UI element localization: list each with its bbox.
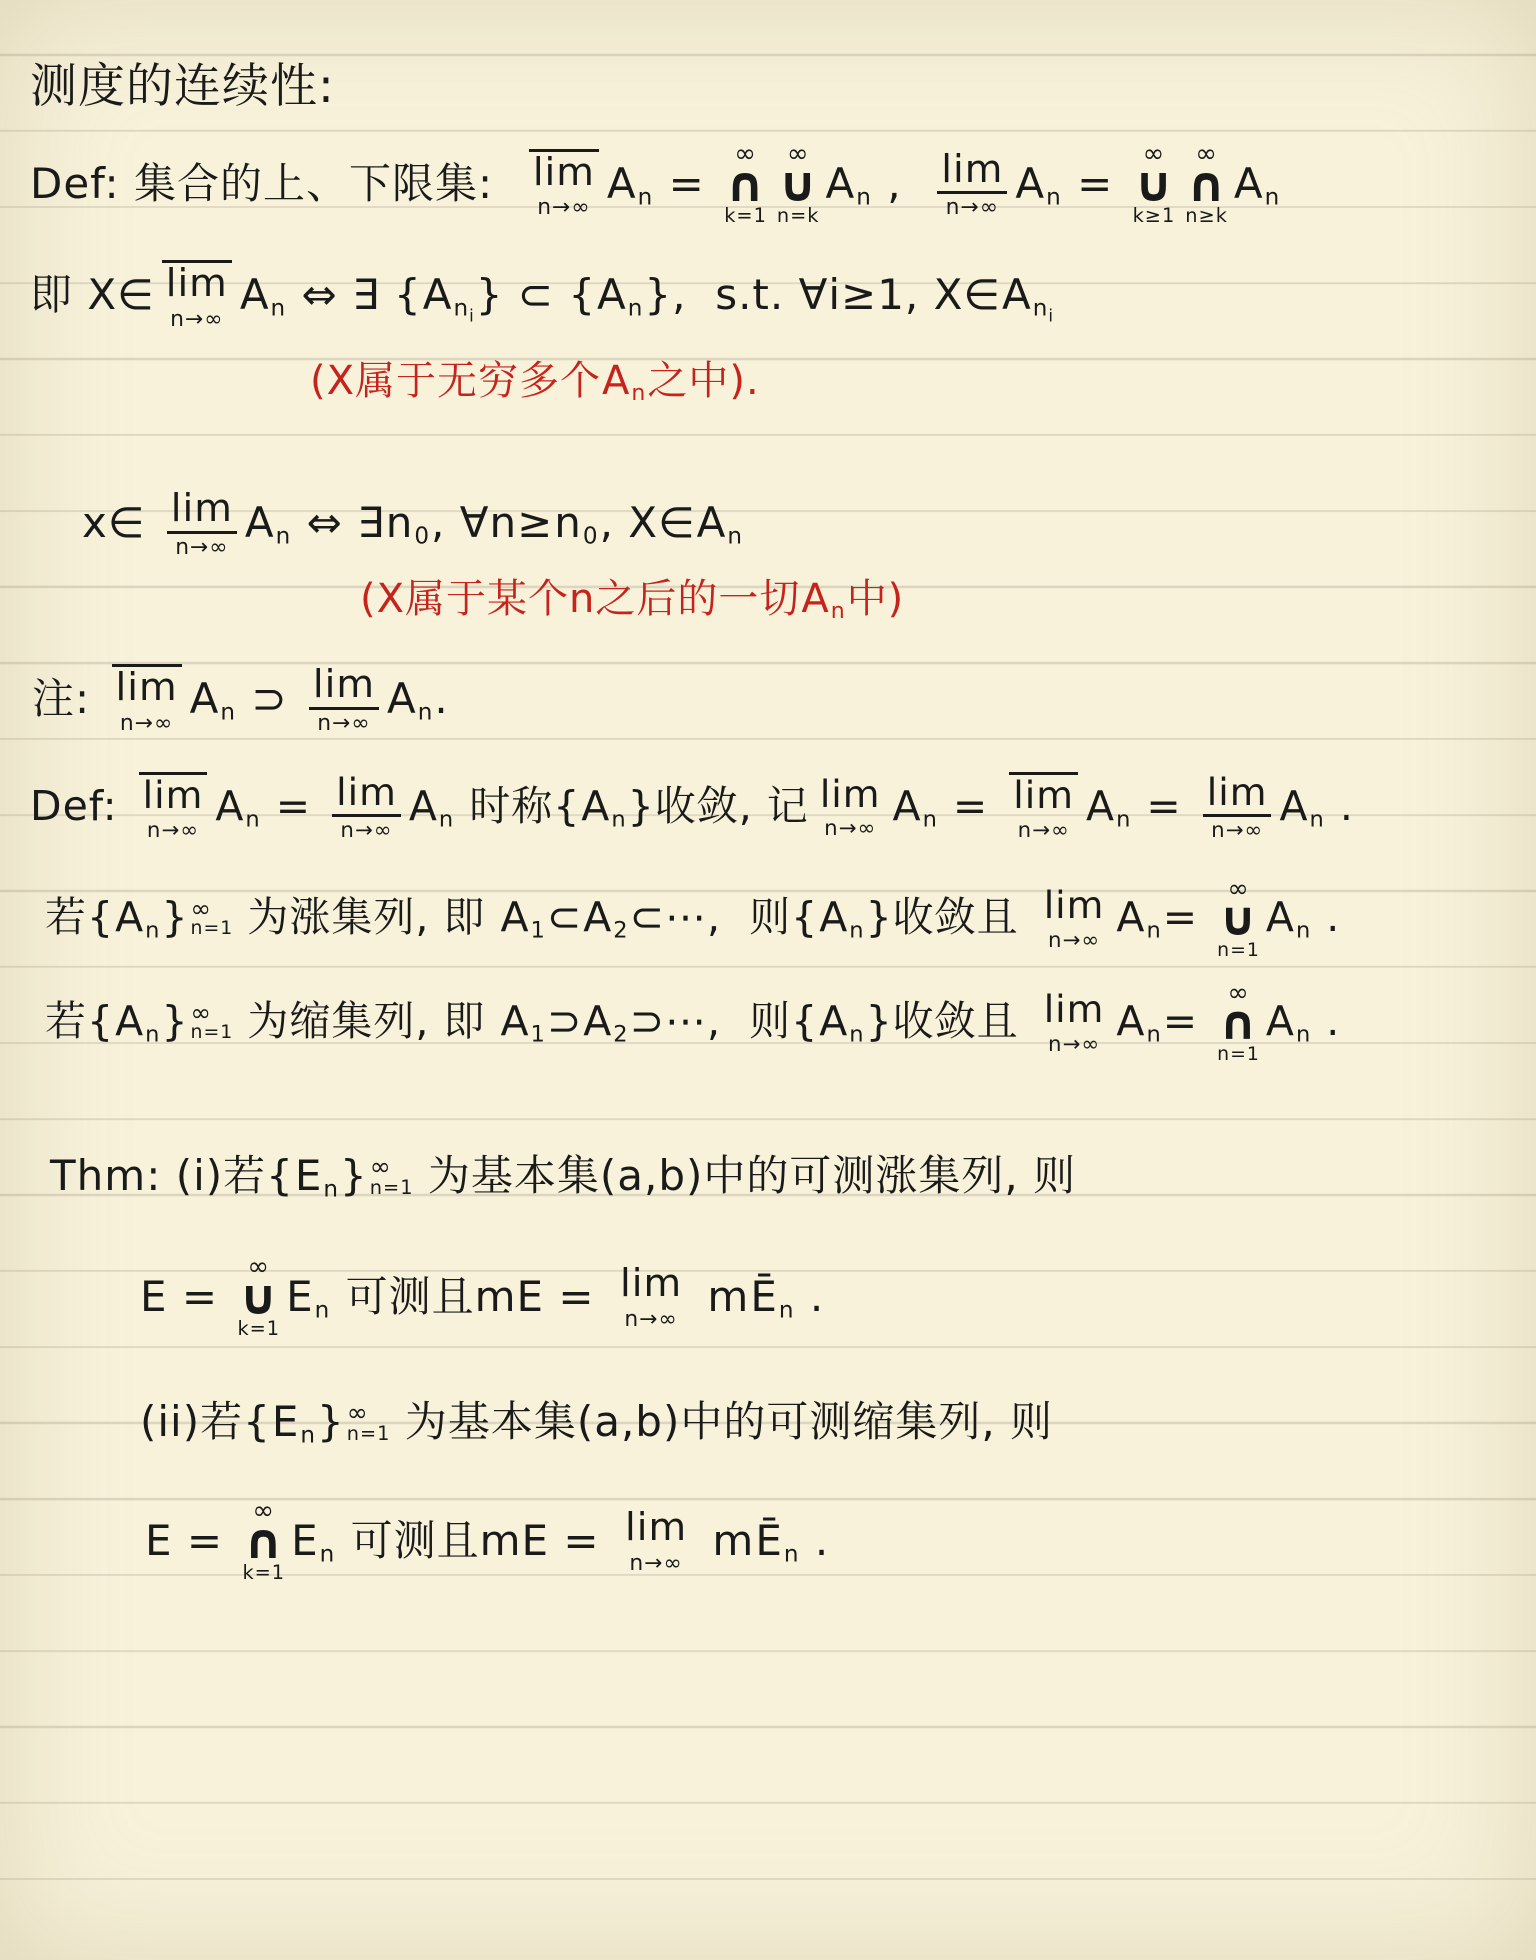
- text-run: (X属于无穷多个: [310, 356, 601, 406]
- symbol-subscript: n: [1116, 805, 1131, 833]
- symbol-with-subscript: An: [819, 892, 864, 943]
- sequence-lower-index: n=1: [347, 1425, 391, 1442]
- liminf-operator: limn→∞: [309, 664, 379, 734]
- text-run: ⊂⋯, 则{: [630, 892, 819, 943]
- text-run: }: [340, 1150, 368, 1203]
- union-operator: ∞∪n=1: [1217, 878, 1260, 958]
- symbol-base: A: [697, 497, 727, 550]
- symbol-subscript: n: [638, 183, 654, 212]
- sequence-lower-index: n=1: [370, 1179, 414, 1196]
- operator-lower-limit: n=1: [1217, 942, 1260, 958]
- symbol-base: A: [245, 497, 275, 550]
- limit-subscript: n→∞: [946, 197, 999, 219]
- increasing-sequence-rule: 若{An}∞n=1 为涨集列, 即 A1⊂A2⊂⋯, 则{An}收敛且 limn…: [45, 878, 1340, 958]
- limit-word: lim: [139, 772, 208, 817]
- symbol-base: n: [554, 497, 582, 550]
- symbol-with-nested-subscript: Ani: [423, 269, 475, 322]
- text-run: .: [1312, 892, 1340, 943]
- symbol-base: E: [272, 1396, 300, 1449]
- symbol-base: A: [1279, 781, 1308, 832]
- text-run: 中): [847, 574, 905, 624]
- limit-word: lim: [529, 149, 599, 195]
- symbol-base: A: [607, 158, 637, 211]
- limit-subscript: n→∞: [629, 1553, 682, 1575]
- symbol-base: A: [1266, 996, 1295, 1047]
- symbol-with-subscript: A1: [500, 892, 545, 943]
- union-operator: ∞∪k≥1: [1133, 143, 1176, 225]
- symbol-with-subscript: An: [240, 269, 286, 322]
- symbol-with-subscript: A2: [583, 996, 628, 1047]
- symbol-with-subscript: En: [295, 1150, 339, 1203]
- symbol-with-subscript: n0: [554, 497, 598, 550]
- symbol-subscript: n: [779, 1296, 795, 1325]
- symbol-subscript: n: [245, 805, 260, 833]
- definition-convergent-set-sequence: Def: limn→∞An = limn→∞An 时称{An}收敛, 记limn…: [30, 772, 1354, 841]
- text-run: m: [698, 1515, 754, 1568]
- symbol-base: A: [581, 781, 610, 832]
- text-run: =: [939, 781, 1002, 832]
- symbol-subscript: n: [145, 917, 160, 945]
- liminf-membership-equivalence: x∈ limn→∞An ⇔ ∃n0, ∀n≥n0, X∈An: [82, 488, 744, 558]
- symbol-base: A: [215, 781, 244, 832]
- symbol-subsubscript: i: [469, 306, 475, 325]
- symbol-with-subscript: A2: [583, 892, 628, 943]
- text-run: }, s.t. ∀i≥1, X∈: [644, 269, 1001, 322]
- union-operator: ∞∪n=k: [777, 143, 820, 225]
- liminf-operator: limn→∞: [1203, 772, 1272, 841]
- limit-subscript: n→∞: [624, 1309, 677, 1331]
- symbol-base: A: [1116, 996, 1145, 1047]
- theorem-part-ii: (ii)若{En}∞n=1 为基本集(a,b)中的可测缩集列, 则: [140, 1396, 1053, 1449]
- symbol-base: A: [387, 673, 417, 726]
- symbol-with-subscript: An: [1116, 892, 1161, 943]
- symbol-with-subscript: En: [272, 1396, 316, 1449]
- symbol-with-subscript: En: [291, 1515, 335, 1568]
- symbol-base: E: [295, 1150, 323, 1203]
- limit-word: lim: [616, 1263, 686, 1306]
- text-run: .: [1312, 996, 1340, 1047]
- limit-subscript: n→∞: [170, 309, 223, 331]
- symbol-base: A: [825, 158, 855, 211]
- symbol-with-subscript: n0: [386, 497, 430, 550]
- symbol-subscript: n: [271, 294, 287, 323]
- symbol-with-subscript: An: [1234, 158, 1280, 211]
- operator-lower-limit: k=1: [242, 1565, 285, 1581]
- text-run: x∈: [82, 497, 160, 550]
- symbol-subscript: n: [784, 1540, 800, 1569]
- limit-subscript: n→∞: [317, 713, 370, 735]
- symbol-base: A: [893, 781, 922, 832]
- symbol-base: E: [291, 1515, 319, 1568]
- text-run: 可测且mE =: [336, 1515, 614, 1568]
- limit-operator: limn→∞: [616, 1263, 686, 1330]
- symbol-with-subscript: An: [1015, 158, 1061, 211]
- symbol-subscript: n: [631, 380, 646, 408]
- liminf-operator: limn→∞: [937, 149, 1007, 219]
- limit-subscript: n→∞: [537, 197, 590, 219]
- text-run: 注:: [32, 673, 105, 726]
- text-run: , ∀n≥: [431, 497, 553, 550]
- limit-word: lim: [1040, 885, 1109, 927]
- symbol-subscript: n: [1310, 805, 1325, 833]
- text-run: 之中).: [647, 356, 759, 406]
- symbol-subscript: n: [300, 1421, 316, 1450]
- symbol-base: E: [286, 1271, 314, 1324]
- text-run: }收敛且: [866, 892, 1033, 943]
- limit-operator: limn→∞: [621, 1507, 691, 1574]
- sequence-lower-index: n=1: [191, 920, 234, 937]
- limit-word: lim: [167, 488, 237, 534]
- symbol-subscript: 1: [531, 1021, 546, 1049]
- symbol-base: A: [500, 892, 529, 943]
- symbol-with-subscript: An: [115, 892, 160, 943]
- operator-lower-limit: k=1: [237, 1321, 280, 1337]
- text-run: }: [161, 996, 188, 1047]
- text-run: .: [1326, 781, 1354, 832]
- symbol-subscript: n: [727, 522, 743, 551]
- text-run: }: [161, 892, 188, 943]
- symbol-base: A: [115, 892, 144, 943]
- text-run: 若{: [45, 892, 114, 943]
- sequence-lower-index: n=1: [191, 1024, 234, 1041]
- symbol-subscript: n: [418, 698, 434, 727]
- symbol-base: A: [1002, 269, 1032, 322]
- symbol-base: A: [1234, 158, 1264, 211]
- red-note-liminf: (X属于某个n之后的一切An中): [360, 574, 904, 624]
- operator-glyph: ∪: [1219, 900, 1258, 940]
- text-run: Def:: [30, 781, 132, 832]
- symbol-with-subscript: A1: [500, 996, 545, 1047]
- text-run: (X属于某个n之后的一切: [360, 574, 800, 624]
- symbol-subscript: 1: [531, 917, 546, 945]
- symbol-subscript: n: [611, 805, 626, 833]
- symbol-base: A: [819, 892, 848, 943]
- limit-subscript: n→∞: [340, 820, 392, 841]
- text-run: ⇔ ∃ {: [287, 269, 422, 322]
- symbol-base: A: [583, 892, 612, 943]
- union-operator: ∞∪k=1: [237, 1256, 280, 1338]
- symbol-subscript: n: [315, 1296, 331, 1325]
- limit-word: lim: [112, 664, 182, 710]
- symbol-with-subscript: An: [245, 497, 291, 550]
- page-title: 测度的连续性:: [30, 58, 335, 117]
- sequence-index-scripts: ∞n=1: [347, 1402, 391, 1442]
- limit-word: lim: [816, 774, 885, 816]
- limit-subscript: n→∞: [1211, 820, 1263, 841]
- text-run: 即 X∈: [30, 269, 155, 322]
- text-run: =: [262, 781, 325, 832]
- text-run: (ii)若{: [140, 1396, 271, 1449]
- operator-glyph: ∩: [244, 1522, 284, 1563]
- symbol-subscript: n: [831, 598, 846, 626]
- symbol-with-subscript: An: [697, 497, 743, 550]
- symbol-with-subscript: En: [286, 1271, 330, 1324]
- text-run: ⊃⋯, 则{: [630, 996, 819, 1047]
- text-run: 为缩集列, 即: [233, 996, 499, 1047]
- symbol-with-subscript: An: [190, 673, 236, 726]
- operator-glyph: ∩: [1186, 165, 1226, 206]
- symbol-with-subscript: An: [215, 781, 260, 832]
- text-run: 若{: [45, 996, 114, 1047]
- notebook-page: 测度的连续性:Def: 集合的上、下限集: limn→∞An = ∞∩k=1∞∪…: [0, 0, 1536, 1960]
- text-run: }收敛且: [866, 996, 1033, 1047]
- symbol-with-subscript: Ēn: [750, 1271, 794, 1324]
- text-run: 测度的连续性:: [30, 58, 335, 117]
- text-run: ⊂: [547, 892, 582, 943]
- symbol-with-subscript: An: [581, 781, 626, 832]
- text-run: =: [1063, 158, 1128, 211]
- limit-subscript: n→∞: [1048, 930, 1100, 951]
- symbol-with-subscript: An: [825, 158, 871, 211]
- theorem-part-i: Thm: (i)若{En}∞n=1 为基本集(a,b)中的可测涨集列, 则: [50, 1150, 1076, 1203]
- symbol-subscript: n: [1265, 183, 1281, 212]
- sequence-index-scripts: ∞n=1: [191, 1002, 234, 1041]
- symbol-base: Ē: [755, 1515, 783, 1568]
- limit-word: lim: [332, 772, 401, 817]
- text-run: =: [1163, 892, 1212, 943]
- symbol-base: A: [1116, 892, 1145, 943]
- text-run: m: [693, 1271, 749, 1324]
- symbol-subscript: n: [323, 1175, 339, 1204]
- text-run: E =: [140, 1271, 232, 1324]
- limsup-operator: limn→∞: [1009, 772, 1078, 841]
- symbol-subscript: n: [1296, 917, 1311, 945]
- operator-glyph: ∪: [1134, 165, 1174, 206]
- symbol-subscript: n: [856, 183, 872, 212]
- symbol-subscript: 0: [583, 522, 599, 551]
- operator-lower-limit: k≥1: [1133, 208, 1176, 224]
- symbol-with-subscript: An: [1279, 781, 1324, 832]
- symbol-with-subscript: An: [893, 781, 938, 832]
- limsup-membership-equivalence: 即 X∈limn→∞An ⇔ ∃ {Ani} ⊂ {An}, s.t. ∀i≥1…: [30, 260, 1055, 330]
- limit-operator: limn→∞: [816, 774, 885, 840]
- symbol-base: A: [819, 996, 848, 1047]
- symbol-base: A: [1015, 158, 1045, 211]
- symbol-subscript: n: [320, 1540, 336, 1569]
- symbol-base: A: [1086, 781, 1115, 832]
- symbol-with-subscript: An: [1266, 996, 1311, 1047]
- symbol-subscript: n: [276, 522, 292, 551]
- intersection-operator: ∞∩n=1: [1217, 982, 1260, 1062]
- limsup-operator: limn→∞: [529, 149, 599, 219]
- liminf-operator: limn→∞: [167, 488, 237, 558]
- limit-subscript: n→∞: [120, 713, 173, 735]
- intersection-operator: ∞∩k=1: [242, 1500, 285, 1582]
- symbol-subscript: n: [923, 805, 938, 833]
- symbol-with-subscript: An: [387, 673, 433, 726]
- operator-lower-limit: k=1: [724, 208, 767, 224]
- symbol-subscript: n: [145, 1021, 160, 1049]
- text-run: .: [796, 1271, 825, 1324]
- symbol-subscript: n: [1146, 1021, 1161, 1049]
- symbol-subscript: n: [1146, 917, 1161, 945]
- text-run: ,: [873, 158, 930, 211]
- symbol-subscript: ni: [1033, 294, 1054, 327]
- symbol-subscript: n: [220, 698, 236, 727]
- limit-subscript: n→∞: [824, 818, 876, 839]
- text-run: .: [801, 1515, 830, 1568]
- limit-subscript: n→∞: [175, 537, 228, 559]
- decreasing-sequence-rule: 若{An}∞n=1 为缩集列, 即 A1⊃A2⊃⋯, 则{An}收敛且 limn…: [45, 982, 1340, 1062]
- text-run: ⊃: [237, 673, 302, 726]
- limit-operator: limn→∞: [1040, 989, 1109, 1055]
- symbol-base: n: [386, 497, 414, 550]
- symbol-subscript: n: [439, 805, 454, 833]
- limsup-operator: limn→∞: [139, 772, 208, 841]
- symbol-subscript: n: [628, 294, 644, 323]
- text-run: 为基本集(a,b)中的可测涨集列, 则: [414, 1150, 1077, 1203]
- symbol-subscript: n: [849, 917, 864, 945]
- limit-subscript: n→∞: [1048, 1034, 1100, 1055]
- sequence-index-scripts: ∞n=1: [370, 1156, 414, 1196]
- text-run: E =: [145, 1515, 237, 1568]
- intersection-operator: ∞∩k=1: [724, 143, 767, 225]
- text-run: Def: 集合的上、下限集:: [30, 158, 522, 211]
- symbol-subscript: 2: [613, 1021, 628, 1049]
- limit-word: lim: [1203, 772, 1272, 817]
- text-run: Thm: (i)若{: [50, 1150, 294, 1203]
- symbol-subscript: n: [1296, 1021, 1311, 1049]
- symbol-base: A: [1266, 892, 1295, 943]
- text-run: }: [317, 1396, 345, 1449]
- operator-lower-limit: n=1: [1217, 1046, 1260, 1062]
- symbol-with-subscript: Ēn: [755, 1515, 799, 1568]
- symbol-base: Ē: [750, 1271, 778, 1324]
- symbol-with-subscript: An: [1266, 892, 1311, 943]
- symbol-with-nested-subscript: Ani: [1002, 269, 1054, 322]
- symbol-subscript: 2: [613, 917, 628, 945]
- limit-subscript: n→∞: [1018, 820, 1070, 841]
- limit-word: lim: [309, 664, 379, 710]
- limit-operator: limn→∞: [1040, 885, 1109, 951]
- symbol-with-subscript: An: [115, 996, 160, 1047]
- text-run: =: [1132, 781, 1195, 832]
- operator-glyph: ∩: [725, 165, 765, 206]
- symbol-base: A: [190, 673, 220, 726]
- text-run: =: [1163, 996, 1212, 1047]
- operator-glyph: ∪: [778, 165, 818, 206]
- symbol-base: A: [500, 996, 529, 1047]
- limit-word: lim: [937, 149, 1007, 195]
- symbol-base: A: [602, 356, 630, 406]
- symbol-base: A: [240, 269, 270, 322]
- symbol-base: A: [583, 996, 612, 1047]
- operator-glyph: ∪: [239, 1278, 279, 1319]
- text-run: ⊃: [547, 996, 582, 1047]
- text-run: } ⊂ {: [476, 269, 596, 322]
- operator-lower-limit: n≥k: [1185, 208, 1228, 224]
- symbol-base: A: [409, 781, 438, 832]
- limit-word: lim: [1009, 772, 1078, 817]
- text-run: 时称{: [455, 781, 580, 832]
- theorem-part-ii-formula: E = ∞∩k=1En 可测且mE = limn→∞ mĒn .: [145, 1500, 829, 1582]
- remark-limsup-contains-liminf: 注: limn→∞An ⊃ limn→∞An.: [32, 664, 449, 734]
- symbol-with-subscript: An: [602, 356, 646, 406]
- symbol-base: A: [801, 574, 829, 624]
- theorem-part-i-formula: E = ∞∪k=1En 可测且mE = limn→∞ mĒn .: [140, 1256, 824, 1338]
- symbol-with-subscript: An: [597, 269, 643, 322]
- symbol-with-subscript: An: [1116, 996, 1161, 1047]
- symbol-base: A: [597, 269, 627, 322]
- limit-subscript: n→∞: [147, 820, 199, 841]
- symbol-base: A: [423, 269, 453, 322]
- operator-lower-limit: n=k: [777, 208, 820, 224]
- limit-word: lim: [621, 1507, 691, 1550]
- text-run: 为涨集列, 即: [233, 892, 499, 943]
- symbol-subscript: n: [849, 1021, 864, 1049]
- text-run: 可测且mE =: [331, 1271, 609, 1324]
- text-run: 为基本集(a,b)中的可测缩集列, 则: [390, 1396, 1053, 1449]
- operator-glyph: ∩: [1219, 1004, 1258, 1044]
- symbol-subscript: 0: [414, 522, 430, 551]
- symbol-with-subscript: An: [607, 158, 653, 211]
- limit-word: lim: [1040, 989, 1109, 1031]
- text-run: ⇔ ∃: [292, 497, 384, 550]
- symbol-with-subscript: An: [1086, 781, 1131, 832]
- symbol-with-subscript: An: [819, 996, 864, 1047]
- text-run: .: [434, 673, 448, 726]
- symbol-subscript: ni: [453, 294, 474, 327]
- limsup-operator: limn→∞: [162, 260, 232, 330]
- intersection-operator: ∞∩n≥k: [1185, 143, 1228, 225]
- text-run: =: [654, 158, 719, 211]
- limit-word: lim: [162, 260, 232, 306]
- text-run: , X∈: [600, 497, 696, 550]
- definition-upper-lower-limit-sets: Def: 集合的上、下限集: limn→∞An = ∞∩k=1∞∪n=kAn ,…: [30, 143, 1281, 225]
- symbol-base: A: [115, 996, 144, 1047]
- sequence-index-scripts: ∞n=1: [191, 898, 234, 937]
- red-note-limsup: (X属于无穷多个An之中).: [310, 356, 760, 406]
- limsup-operator: limn→∞: [112, 664, 182, 734]
- symbol-with-subscript: An: [409, 781, 454, 832]
- text-run: }收敛, 记: [628, 781, 809, 832]
- symbol-subscript: n: [1046, 183, 1062, 212]
- symbol-with-subscript: An: [801, 574, 845, 624]
- symbol-subsubscript: i: [1048, 306, 1054, 325]
- liminf-operator: limn→∞: [332, 772, 401, 841]
